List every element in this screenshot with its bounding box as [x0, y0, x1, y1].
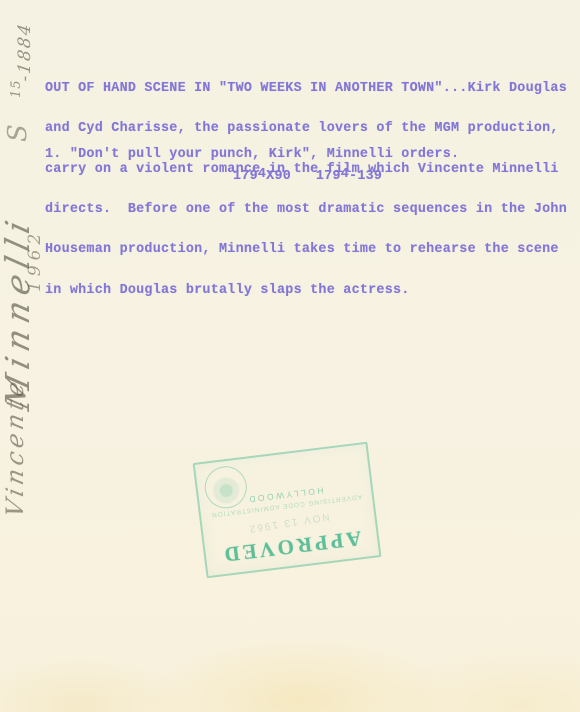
- pencil-code-letter: S: [3, 124, 33, 142]
- pencil-code-number: -1884: [15, 21, 35, 83]
- caption-line: and Cyd Charisse, the passionate lovers …: [45, 122, 575, 135]
- ref-part: 179: [233, 169, 258, 184]
- pencil-given-name: Vincente: [1, 375, 29, 520]
- caption-line: Houseman production, Minnelli takes time…: [45, 243, 575, 256]
- ref-part: -139: [349, 169, 382, 184]
- reference-numbers: 1794X90 1794-139: [233, 170, 382, 183]
- caption-order-line: 1. "Don't pull your punch, Kirk", Minnel…: [45, 148, 459, 161]
- ref-part-raised: 4: [341, 167, 349, 182]
- photo-verso-paper: OUT OF HAND SCENE IN "TWO WEEKS IN ANOTH…: [0, 0, 580, 712]
- caption-line: in which Douglas brutally slaps the actr…: [45, 284, 575, 297]
- caption-line: directs. Before one of the most dramatic…: [45, 203, 575, 216]
- typed-caption-block: OUT OF HAND SCENE IN "TWO WEEKS IN ANOTH…: [45, 55, 575, 351]
- pencil-code-mid: 15: [9, 79, 24, 98]
- approval-stamp: APPROVED NOV 13 1962 ADVERTISING CODE AD…: [193, 442, 382, 579]
- caption-line: OUT OF HAND SCENE IN "TWO WEEKS IN ANOTH…: [45, 82, 575, 95]
- ref-part-raised: 4: [258, 167, 266, 182]
- ref-part: X90 179: [266, 169, 341, 184]
